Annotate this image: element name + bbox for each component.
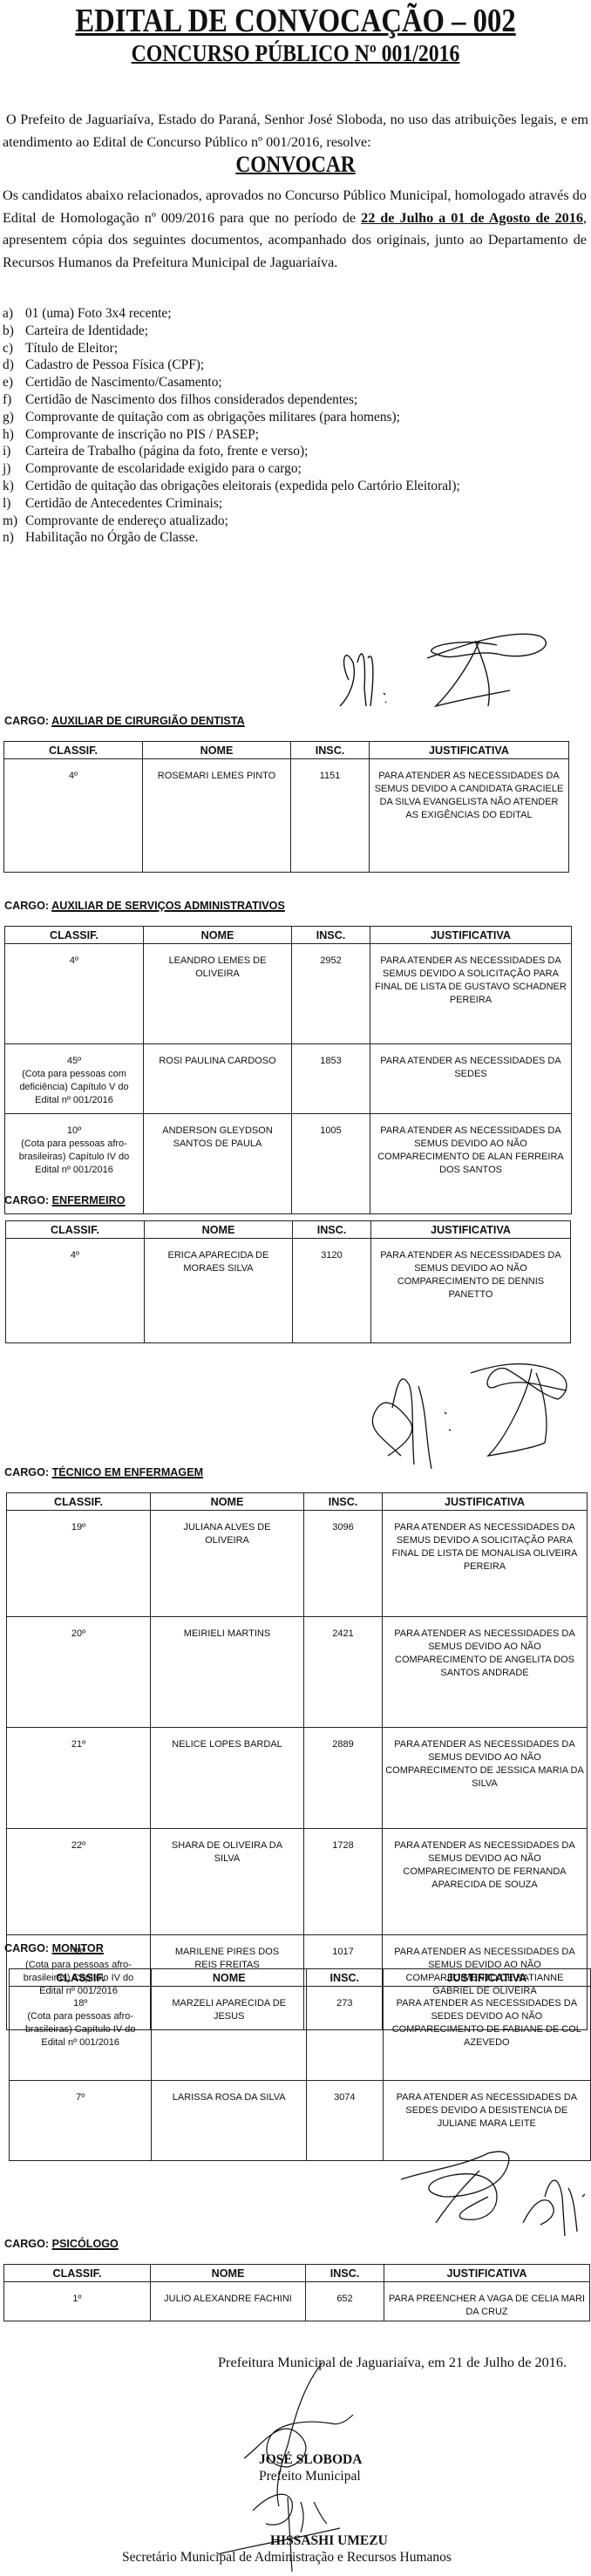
- cell-nome: MEIRIELI MARTINS: [151, 1617, 304, 1728]
- document-item: l)Certidão de Antecedentes Criminais;: [3, 495, 460, 513]
- header-nome: NOME: [145, 1221, 293, 1239]
- document-item-key: k): [3, 478, 25, 495]
- classif-quota-note: (Cota para pessoas afro-brasileiras) Cap…: [12, 2010, 148, 2049]
- cargo-heading: CARGO: AUXILIAR DE SERVIÇOS ADMINISTRATI…: [4, 900, 285, 912]
- signatory-role-secretary: Secretário Municipal de Administração e …: [122, 2550, 452, 2566]
- header-justificativa: JUSTIFICATIVA: [370, 927, 572, 944]
- table-row: 19ºJULIANA ALVES DE OLIVEIRA3096PARA ATE…: [7, 1511, 588, 1617]
- document-item-key: i): [3, 443, 25, 460]
- table-row: 21ºNELICE LOPES BARDAL2889PARA ATENDER A…: [7, 1728, 588, 1829]
- header-justificativa: JUSTIFICATIVA: [383, 1493, 588, 1511]
- cell-nome: ANDERSON GLEYDSON SANTOS DE PAULA: [144, 1114, 292, 1214]
- cargo-label: CARGO:: [4, 2238, 49, 2250]
- intro-paragraph: O Prefeito de Jaguariaíva, Estado do Par…: [3, 108, 588, 153]
- cell-classif: 19º: [7, 1511, 151, 1617]
- header-nome: NOME: [152, 1969, 307, 1987]
- document-item-text: Cadastro de Pessoa Física (CPF);: [25, 357, 204, 372]
- header-insc: INSC.: [292, 927, 370, 944]
- document-item-key: e): [3, 374, 25, 391]
- table-header-row: CLASSIF.NOMEINSC.JUSTIFICATIVA: [6, 1221, 571, 1239]
- document-item-key: f): [3, 391, 25, 409]
- cell-nome: JULIANA ALVES DE OLIVEIRA: [151, 1511, 304, 1617]
- results-table: CLASSIF.NOMEINSC.JUSTIFICATIVA4ºLEANDRO …: [4, 926, 572, 1214]
- signatory-role-mayor: Prefeito Municipal: [259, 2469, 361, 2484]
- header-insc: INSC.: [293, 1221, 371, 1239]
- cargo-label: CARGO:: [4, 1466, 49, 1478]
- document-item-text: Certidão de Nascimento dos filhos consid…: [25, 392, 357, 407]
- cargo-label: CARGO:: [4, 1194, 49, 1206]
- cell-classif: 7º: [10, 2081, 152, 2161]
- document-item-text: Comprovante de quitação com as obrigaçõe…: [25, 410, 400, 425]
- cell-justificativa: PARA ATENDER AS NECESSIDADES DA SEMUS DE…: [383, 1728, 588, 1829]
- classif-rank: 1º: [7, 2293, 147, 2306]
- cell-justificativa: PARA ATENDER AS NECESSIDADES DA SEDES: [370, 1044, 572, 1114]
- table-row: 45º(Cota para pessoas com deficiência) C…: [5, 1044, 572, 1114]
- classif-rank: 4º: [7, 770, 139, 783]
- document-item-text: 01 (uma) Foto 3x4 recente;: [25, 306, 172, 321]
- convocation-paragraph: Os candidatos abaixo relacionados, aprov…: [3, 185, 587, 274]
- cell-insc: 652: [306, 2282, 384, 2321]
- cell-justificativa: PARA ATENDER AS NECESSIDADES DA SEMUS DE…: [370, 944, 572, 1044]
- document-item: n)Habilitação no Órgão de Classe.: [3, 529, 460, 547]
- document-item-key: c): [3, 340, 25, 357]
- table-row: 20ºMEIRIELI MARTINS2421PARA ATENDER AS N…: [7, 1617, 588, 1728]
- document-item: d)Cadastro de Pessoa Física (CPF);: [3, 357, 460, 374]
- header-classif: CLASSIF.: [10, 1969, 152, 1987]
- cell-nome: ROSI PAULINA CARDOSO: [144, 1044, 292, 1114]
- document-item: j)Comprovante de escolaridade exigido pa…: [3, 460, 460, 478]
- classif-quota-note: (Cota para pessoas com deficiência) Capí…: [8, 1068, 140, 1107]
- cell-insc: 273: [306, 1987, 383, 2081]
- document-item-key: a): [3, 305, 25, 323]
- document-item: f)Certidão de Nascimento dos filhos cons…: [3, 391, 460, 409]
- classif-rank: 45º: [8, 1055, 140, 1068]
- document-item-key: h): [3, 426, 25, 444]
- document-item: c)Título de Eleitor;: [3, 340, 460, 357]
- cell-insc: 1853: [292, 1044, 370, 1114]
- table-header-row: CLASSIF.NOMEINSC.JUSTIFICATIVA: [4, 2265, 590, 2282]
- cell-classif: 1º: [4, 2282, 151, 2321]
- cell-classif: 21º: [7, 1728, 151, 1829]
- document-item-key: m): [3, 513, 25, 530]
- document-item-text: Certidão de Antecedentes Criminais;: [25, 496, 222, 511]
- document-item-text: Comprovante de escolaridade exigido para…: [25, 461, 302, 476]
- initials-signature-icon: [349, 1325, 591, 1473]
- cell-justificativa: PARA ATENDER AS NECESSIDADES DA SEMUS DE…: [370, 1114, 572, 1214]
- document-item-key: n): [3, 529, 25, 547]
- document-item-text: Certidão de Nascimento/Casamento;: [25, 375, 222, 390]
- cell-justificativa: PARA ATENDER AS NECESSIDADES DA SEMUS DE…: [383, 1511, 588, 1617]
- cell-nome: NELICE LOPES BARDAL: [151, 1728, 304, 1829]
- table-row: 4ºROSEMARI LEMES PINTO1151PARA ATENDER A…: [4, 759, 569, 873]
- table-header-row: CLASSIF.NOMEINSC.JUSTIFICATIVA: [10, 1969, 591, 1987]
- cargo-label: CARGO:: [4, 1942, 49, 1954]
- cargo-heading: CARGO: PSICÓLOGO: [4, 2238, 119, 2250]
- document-item: e)Certidão de Nascimento/Casamento;: [3, 374, 460, 391]
- document-item: g)Comprovante de quitação com as obrigaç…: [3, 409, 460, 426]
- document-title: EDITAL DE CONVOCAÇÃO – 002: [41, 2, 549, 40]
- document-item-text: Certidão de quitação das obrigações elei…: [25, 479, 460, 493]
- table-row: 1ºJULIO ALEXANDRE FACHINI652PARA PREENCH…: [4, 2282, 590, 2321]
- cargo-label: CARGO:: [4, 900, 49, 912]
- header-nome: NOME: [151, 1493, 304, 1511]
- header-nome: NOME: [151, 2265, 306, 2282]
- header-insc: INSC.: [304, 1493, 383, 1511]
- document-item-key: l): [3, 495, 25, 513]
- header-classif: CLASSIF.: [4, 2265, 151, 2282]
- cargo-name: AUXILIAR DE SERVIÇOS ADMINISTRATIVOS: [51, 900, 285, 912]
- cell-insc: 2952: [292, 944, 370, 1044]
- cargo-heading: CARGO: MONITOR: [4, 1942, 104, 1954]
- classif-rank: 20º: [10, 1628, 147, 1641]
- document-item-text: Título de Eleitor;: [25, 341, 118, 356]
- cell-classif: 4º: [4, 759, 143, 873]
- classif-rank: 18º: [12, 1997, 148, 2010]
- cell-nome: ERICA APARECIDA DE MORAES SILVA: [145, 1239, 293, 1343]
- cargo-name: TÉCNICO EM ENFERMAGEM: [52, 1466, 204, 1478]
- initials-signature-icon: [384, 2144, 591, 2240]
- cargo-heading: CARGO: TÉCNICO EM ENFERMAGEM: [4, 1466, 203, 1478]
- cell-nome: SHARA DE OLIVEIRA DA SILVA: [151, 1829, 304, 1935]
- table-row: 4ºLEANDRO LEMES DE OLIVEIRA2952PARA ATEN…: [5, 944, 572, 1044]
- classif-rank: 22º: [10, 1839, 147, 1852]
- document-item-text: Carteira de Identidade;: [25, 323, 148, 338]
- cell-insc: 2889: [304, 1728, 383, 1829]
- cell-classif: 22º: [7, 1829, 151, 1935]
- classif-rank: 4º: [8, 955, 140, 968]
- header-justificativa: JUSTIFICATIVA: [370, 742, 569, 759]
- document-item-key: j): [3, 460, 25, 478]
- table-header-row: CLASSIF.NOMEINSC.JUSTIFICATIVA: [7, 1493, 588, 1511]
- cargo-name: PSICÓLOGO: [52, 2238, 119, 2250]
- initials-signature-icon: [323, 610, 591, 724]
- cell-justificativa: PARA ATENDER AS NECESSIDADES DA SEDES DE…: [383, 1987, 590, 2081]
- convocar-heading: CONVOCAR: [30, 152, 561, 178]
- cargo-heading: CARGO: AUXILIAR DE CIRURGIÃO DENTISTA: [4, 715, 245, 727]
- signatory-name-secretary: HISSASHI UMEZU: [270, 2533, 388, 2549]
- classif-rank: 21º: [10, 1738, 147, 1751]
- cell-classif: 4º: [6, 1239, 145, 1343]
- cell-nome: ROSEMARI LEMES PINTO: [143, 759, 291, 873]
- header-classif: CLASSIF.: [7, 1493, 151, 1511]
- document-item-text: Carteira de Trabalho (página da foto, fr…: [25, 444, 308, 459]
- header-justificativa: JUSTIFICATIVA: [371, 1221, 571, 1239]
- cell-insc: 1005: [292, 1114, 370, 1214]
- cargo-heading: CARGO: ENFERMEIRO: [4, 1194, 126, 1206]
- document-item-text: Comprovante de endereço atualizado;: [25, 513, 228, 528]
- document-item-key: d): [3, 357, 25, 374]
- document-item: a)01 (uma) Foto 3x4 recente;: [3, 305, 460, 323]
- header-insc: INSC.: [306, 2265, 384, 2282]
- classif-quota-note: (Cota para pessoas afro-brasileiras) Cap…: [8, 1138, 140, 1177]
- document-item: m)Comprovante de endereço atualizado;: [3, 513, 460, 530]
- cargo-label: CARGO:: [4, 715, 49, 727]
- cell-insc: 1728: [304, 1829, 383, 1935]
- classif-rank: 4º: [9, 1249, 141, 1262]
- header-justificativa: JUSTIFICATIVA: [383, 1969, 590, 1987]
- cell-justificativa: PARA PREENCHER A VAGA DE CELIA MARI DA C…: [384, 2282, 590, 2321]
- header-justificativa: JUSTIFICATIVA: [384, 2265, 590, 2282]
- cargo-name: AUXILIAR DE CIRURGIÃO DENTISTA: [51, 715, 245, 727]
- required-documents-list: a)01 (uma) Foto 3x4 recente;b)Carteira d…: [3, 305, 460, 547]
- classif-rank: 7º: [12, 2091, 148, 2104]
- header-insc: INSC.: [306, 1969, 383, 1987]
- classif-rank: 10º: [8, 1125, 140, 1138]
- cell-classif: 45º(Cota para pessoas com deficiência) C…: [5, 1044, 144, 1114]
- cell-insc: 2421: [304, 1617, 383, 1728]
- header-nome: NOME: [144, 927, 292, 944]
- table-header-row: CLASSIF.NOMEINSC.JUSTIFICATIVA: [5, 927, 572, 944]
- cell-insc: 3096: [304, 1511, 383, 1617]
- header-classif: CLASSIF.: [5, 927, 144, 944]
- document-subtitle: CONCURSO PÚBLICO Nº 001/2016: [36, 40, 556, 67]
- cell-justificativa: PARA ATENDER AS NECESSIDADES DA SEMUS DE…: [370, 759, 569, 873]
- document-item: b)Carteira de Identidade;: [3, 323, 460, 340]
- document-item-text: Comprovante de inscrição no PIS / PASEP;: [25, 427, 259, 442]
- signatory-name-mayor: JOSÉ SLOBODA: [259, 2452, 362, 2468]
- classif-rank: 19º: [10, 1521, 147, 1534]
- header-nome: NOME: [143, 742, 291, 759]
- table-row: 18º(Cota para pessoas afro-brasileiras) …: [10, 1987, 591, 2081]
- cell-classif: 20º: [7, 1617, 151, 1728]
- header-insc: INSC.: [291, 742, 370, 759]
- cell-nome: LARISSA ROSA DA SILVA: [152, 2081, 307, 2161]
- cell-classif: 18º(Cota para pessoas afro-brasileiras) …: [10, 1987, 152, 2081]
- document-item-key: b): [3, 323, 25, 340]
- results-table: CLASSIF.NOMEINSC.JUSTIFICATIVA18º(Cota p…: [9, 1968, 591, 2161]
- cell-insc: 1151: [291, 759, 370, 873]
- results-table: CLASSIF.NOMEINSC.JUSTIFICATIVA4ºROSEMARI…: [3, 741, 569, 873]
- submission-period: 22 de Julho a 01 de Agosto de 2016: [361, 210, 583, 226]
- cell-insc: 3074: [306, 2081, 383, 2161]
- cell-nome: MARZELI APARECIDA DE JESUS: [152, 1987, 307, 2081]
- header-classif: CLASSIF.: [4, 742, 143, 759]
- document-item-key: g): [3, 409, 25, 426]
- document-item: h)Comprovante de inscrição no PIS / PASE…: [3, 426, 460, 444]
- document-item: k)Certidão de quitação das obrigações el…: [3, 478, 460, 495]
- cell-nome: JULIO ALEXANDRE FACHINI: [151, 2282, 306, 2321]
- document-item-text: Habilitação no Órgão de Classe.: [25, 530, 198, 545]
- document-item: i)Carteira de Trabalho (página da foto, …: [3, 443, 460, 460]
- cell-nome: LEANDRO LEMES DE OLIVEIRA: [144, 944, 292, 1044]
- results-table: CLASSIF.NOMEINSC.JUSTIFICATIVA1ºJULIO AL…: [3, 2264, 590, 2321]
- table-row: 22ºSHARA DE OLIVEIRA DA SILVA1728PARA AT…: [7, 1829, 588, 1935]
- table-header-row: CLASSIF.NOMEINSC.JUSTIFICATIVA: [4, 742, 569, 759]
- cargo-name: ENFERMEIRO: [52, 1194, 126, 1206]
- header-classif: CLASSIF.: [6, 1221, 145, 1239]
- cell-justificativa: PARA ATENDER AS NECESSIDADES DA SEMUS DE…: [383, 1829, 588, 1935]
- cargo-name: MONITOR: [52, 1942, 104, 1954]
- cell-justificativa: PARA ATENDER AS NECESSIDADES DA SEMUS DE…: [383, 1617, 588, 1728]
- cell-classif: 4º: [5, 944, 144, 1044]
